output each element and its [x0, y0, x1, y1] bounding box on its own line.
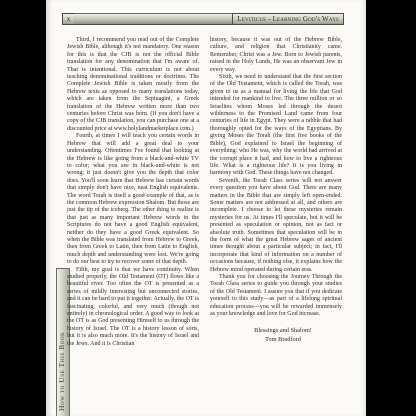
paragraph: Fifth, my goal is that we have continuit…	[67, 267, 199, 348]
paragraph: Third, I recommend you read out of the C…	[67, 37, 199, 133]
running-header-title: Leviticus - Learning God's Ways	[232, 13, 344, 25]
header-rule-bar	[74, 13, 233, 25]
text-column-left: Third, I recommend you read out of the C…	[67, 37, 199, 348]
signature-author: Tom Bradford	[224, 335, 342, 344]
paragraph: Thank you for choosing the Journey Throu…	[210, 274, 342, 318]
book-page: x Leviticus - Learning God's Ways How to…	[46, 0, 366, 416]
paragraph: Fourth, at times I will teach you certai…	[67, 133, 199, 266]
running-header-bar: x Leviticus - Learning God's Ways	[62, 13, 344, 25]
signature-block: Blessings and Shalom! Tom Bradford	[210, 326, 342, 344]
paragraph: history, because it was out of the Hebre…	[210, 37, 342, 74]
paragraph: Sixth, we need to understand that the fi…	[210, 74, 342, 178]
scan-background: x Leviticus - Learning God's Ways How to…	[0, 0, 416, 416]
signature-blessing: Blessings and Shalom!	[224, 326, 342, 335]
text-column-right: history, because it was out of the Hebre…	[210, 37, 342, 344]
paragraph: Seventh, the Torah Class series will not…	[210, 178, 342, 274]
